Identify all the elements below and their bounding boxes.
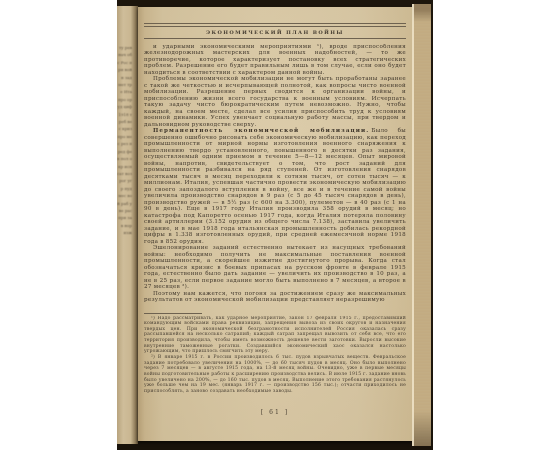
book-page: ЭКОНОМИЧЕСКИЙ ПЛАН ВОЙНЫ и ударными экон… [138,7,412,441]
paragraph-4: Эшелонирование заданий естественно вытек… [144,245,406,291]
page-edges-stack [412,4,431,446]
footnote-1: ¹) Надо рассматривать, как ударное мероп… [144,316,406,356]
footnote-separator [144,313,202,314]
footnotes: ¹) Надо рассматривать, как ударное мероп… [144,316,406,400]
book-photo: ту рев нач обс Рос при войн зад мет тре … [117,0,433,450]
paragraph-3-text: Было бы совершенно ошибочно рисовать себ… [144,128,406,245]
facing-page-gutter-strip: ту рев нач обс Рос при войн зад мет тре … [117,6,138,444]
facing-page-text-fragments: ту рев нач обс Рос при войн зад мет тре … [117,44,132,237]
page-header-title: ЭКОНОМИЧЕСКИЙ ПЛАН ВОЙНЫ [144,27,406,38]
paragraph-1: и ударными экономическими мероприятиями … [144,44,406,77]
paragraph-2: Проблемы экономической мобилизации не мо… [144,76,406,128]
body-text: и ударными экономическими мероприятиями … [144,44,406,310]
paragraph-5: Поэтому нам кажется, что погоня за дости… [144,291,406,304]
run-in-heading: Перманентность экономической мобилизации… [153,128,369,134]
footnote-2: ²) В январе 1915 г. в России производило… [144,355,406,395]
paragraph-3: Перманентность экономической мобилизации… [144,128,406,245]
page-number: [ 61 ] [144,409,406,416]
head-rule-top [144,23,406,24]
running-head: ЭКОНОМИЧЕСКИЙ ПЛАН ВОЙНЫ [144,23,406,39]
head-rule-bottom [144,38,406,39]
